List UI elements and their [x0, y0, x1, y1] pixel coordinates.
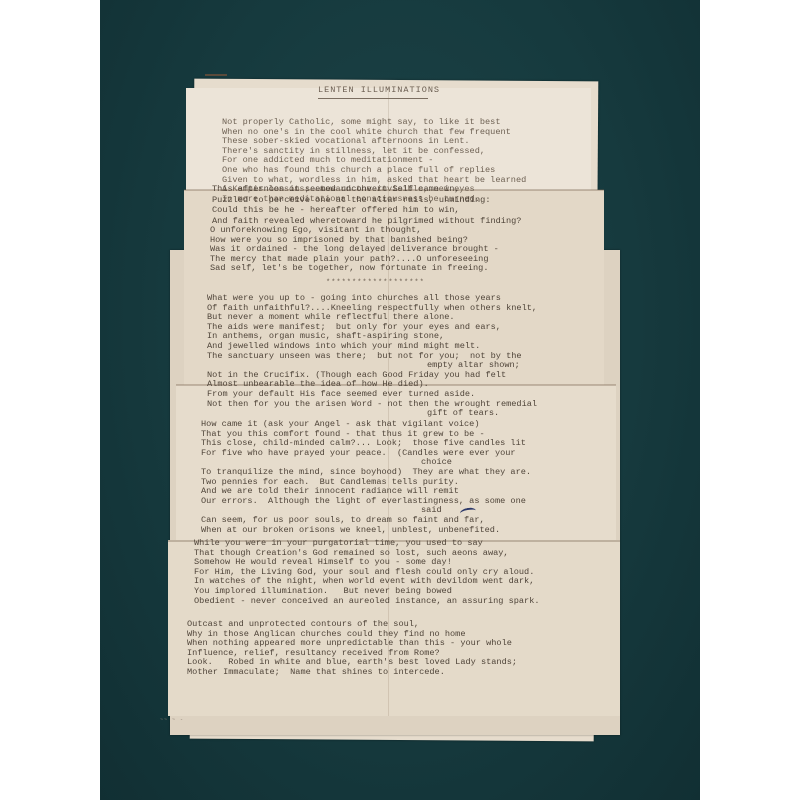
section-separator: ******************* — [326, 279, 425, 287]
poem-line: Our errors. Although the light of everla… — [201, 497, 531, 507]
stanza-3: O unforeknowing Ego, visitant in thought… — [210, 226, 499, 274]
stanza-6: While you were in your purgatorial time,… — [194, 539, 540, 606]
stanza-2: This afternoon it seemed unconvert Self … — [212, 184, 521, 226]
title-underline — [318, 98, 428, 99]
stanza-4: What were you up to - going into churche… — [207, 294, 537, 419]
document-title: LENTEN ILLUMINATIONS — [318, 85, 440, 95]
poem-line: This afternoon it seemed unconvert Self … — [212, 184, 521, 195]
poem-line: Obedient - never conceived an aureoled i… — [194, 597, 540, 607]
signature-mark: ~~ ~ - — [160, 717, 184, 723]
margin-dash-mark — [205, 74, 227, 76]
stanza-5: How came it (ask your Angel - ask that v… — [201, 420, 531, 535]
poem-line: When at our broken orisons we kneel, unb… — [201, 526, 531, 536]
poem-line: gift of tears. — [207, 409, 537, 419]
poem-line: Puzzled to perceive one at the altar rai… — [212, 195, 521, 206]
poem-line: For five who have prayed your peace. (Ca… — [201, 449, 531, 459]
stanza-7: Outcast and unprotected contours of the … — [187, 620, 517, 678]
poem-line: Mother Immaculate; Name that shines to i… — [187, 668, 517, 678]
poem-line: Sad self, let's be together, now fortuna… — [210, 264, 499, 274]
poem-line: Could this be he - hereafter offered him… — [212, 205, 521, 216]
